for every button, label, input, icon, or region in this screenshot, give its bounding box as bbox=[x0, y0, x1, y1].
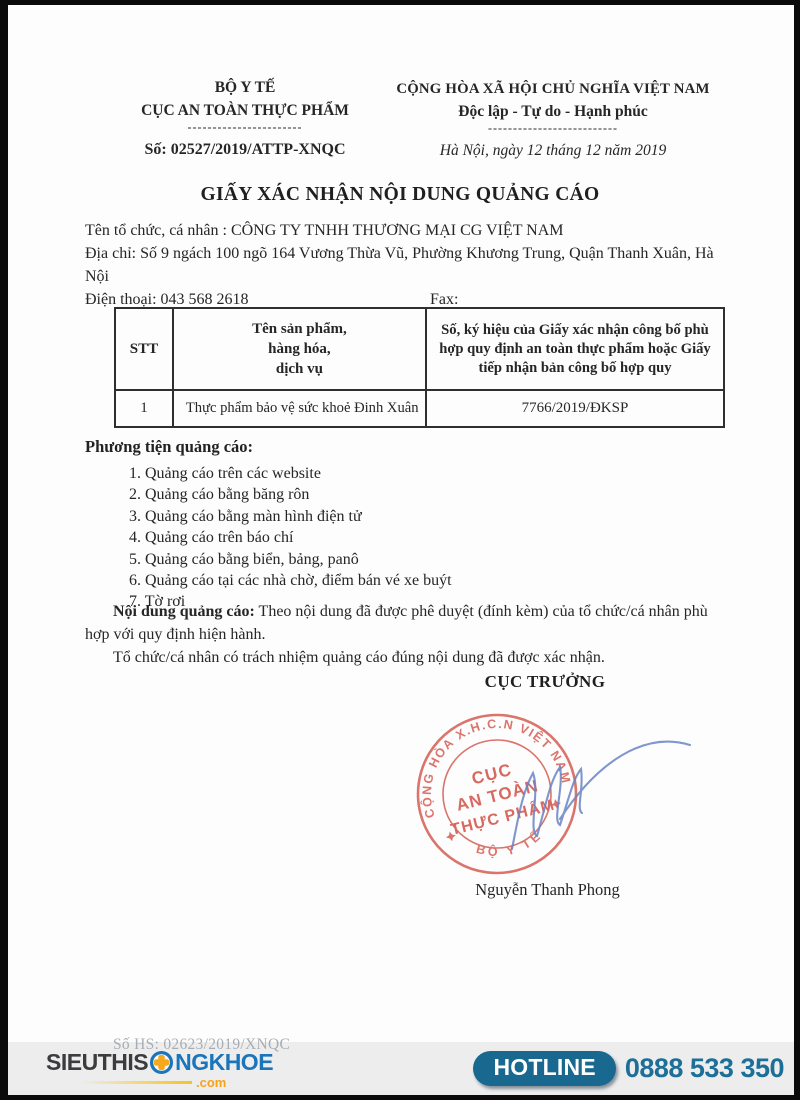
list-item: 3. Quảng cáo bằng màn hình điện tử bbox=[129, 506, 452, 527]
hotline-badge: HOTLINE 0888 533 350 bbox=[473, 1051, 784, 1086]
document-number: Số: 02527/2019/ATTP-XNQC bbox=[100, 141, 390, 159]
gradient-underline bbox=[80, 1081, 192, 1084]
issuer-header: BỘ Y TẾ CỤC AN TOÀN THỰC PHẨM ----------… bbox=[100, 79, 390, 159]
frame-border-bottom bbox=[0, 1095, 800, 1100]
file-number-note: Số HS: 02623/2019/XNQC bbox=[113, 1036, 290, 1054]
hotline-number: 0888 533 350 bbox=[625, 1053, 784, 1084]
cell-stt: 1 bbox=[115, 390, 173, 427]
separator-dashes: ----------------------- bbox=[100, 122, 390, 132]
list-item: 1. Quảng cáo trên các website bbox=[129, 463, 452, 484]
signature-ink-icon bbox=[512, 742, 690, 849]
scanned-certificate-page: BỘ Y TẾ CỤC AN TOÀN THỰC PHẨM ----------… bbox=[0, 0, 800, 1100]
list-item: 2. Quảng cáo bằng băng rôn bbox=[129, 484, 452, 505]
cell-cert-number: 7766/2019/ĐKSP bbox=[426, 390, 724, 427]
motto: Độc lập - Tự do - Hạnh phúc bbox=[383, 103, 723, 121]
list-item: 6. Quảng cáo tại các nhà chờ, điểm bán v… bbox=[129, 570, 452, 591]
media-list: 1. Quảng cáo trên các website 2. Quảng c… bbox=[129, 463, 452, 613]
logo-com-row: .com bbox=[80, 1075, 226, 1090]
document-title: GIẤY XÁC NHẬN NỘI DUNG QUẢNG CÁO bbox=[0, 184, 800, 206]
hotline-label: HOTLINE bbox=[473, 1051, 615, 1086]
address-line: Địa chỉ: Số 9 ngách 100 ngõ 164 Vương Th… bbox=[85, 242, 725, 288]
frame-border-right bbox=[794, 0, 800, 1100]
list-item: 5. Quảng cáo bằng biển, bảng, panô bbox=[129, 549, 452, 570]
issue-date: Hà Nội, ngày 12 tháng 12 năm 2019 bbox=[383, 142, 723, 160]
signer-name: Nguyễn Thanh Phong bbox=[425, 880, 670, 900]
media-section-heading: Phương tiện quảng cáo: bbox=[85, 437, 253, 457]
table-header-row: STT Tên sản phẩm, hàng hóa, dịch vụ Số, … bbox=[115, 308, 724, 390]
department-name: CỤC AN TOÀN THỰC PHẨM bbox=[100, 102, 390, 120]
cell-product: Thực phẩm bảo vệ sức khoẻ Đinh Xuân bbox=[173, 390, 426, 427]
official-stamp-and-signature: CỘNG HÒA X.H.C.N VIỆT NAM BỘ Y TẾ CỤC AN… bbox=[400, 697, 700, 887]
content-paragraph: Nội dung quảng cáo: Theo nội dung đã đượ… bbox=[85, 601, 727, 646]
country-name: CỘNG HÒA XÃ HỘI CHỦ NGHĨA VIỆT NAM bbox=[383, 81, 723, 98]
signer-title: CỤC TRƯỞNG bbox=[395, 672, 695, 692]
table-row: 1 Thực phẩm bảo vệ sức khoẻ Đinh Xuân 77… bbox=[115, 390, 724, 427]
organization-info: Tên tổ chức, cá nhân : CÔNG TY TNHH THƯƠ… bbox=[85, 219, 725, 311]
col-product-header-line3: dịch vụ bbox=[174, 359, 425, 379]
col-product-header-line1: Tên sản phẩm, bbox=[174, 319, 425, 339]
frame-border-top bbox=[0, 0, 800, 5]
red-seal-icon: CỘNG HÒA X.H.C.N VIỆT NAM BỘ Y TẾ CỤC AN… bbox=[401, 698, 593, 887]
responsibility-paragraph: Tổ chức/cá nhân có trách nhiệm quảng cáo… bbox=[85, 649, 727, 667]
content-paragraph-lead: Nội dung quảng cáo: bbox=[113, 603, 255, 620]
col-cert-header: Số, ký hiệu của Giấy xác nhận công bố ph… bbox=[427, 317, 723, 382]
products-table: STT Tên sản phẩm, hàng hóa, dịch vụ Số, … bbox=[114, 307, 725, 428]
col-product-header-line2: hàng hóa, bbox=[174, 339, 425, 359]
logo-com-suffix: .com bbox=[196, 1075, 226, 1090]
national-motto-header: CỘNG HÒA XÃ HỘI CHỦ NGHĨA VIỆT NAM Độc l… bbox=[383, 81, 723, 160]
list-item: 4. Quảng cáo trên báo chí bbox=[129, 527, 452, 548]
ministry-name: BỘ Y TẾ bbox=[100, 79, 390, 97]
separator-dashes: -------------------------- bbox=[383, 123, 723, 133]
org-name-line: Tên tổ chức, cá nhân : CÔNG TY TNHH THƯƠ… bbox=[85, 219, 725, 242]
frame-border-left bbox=[0, 0, 8, 1100]
col-stt-header: STT bbox=[116, 339, 172, 359]
